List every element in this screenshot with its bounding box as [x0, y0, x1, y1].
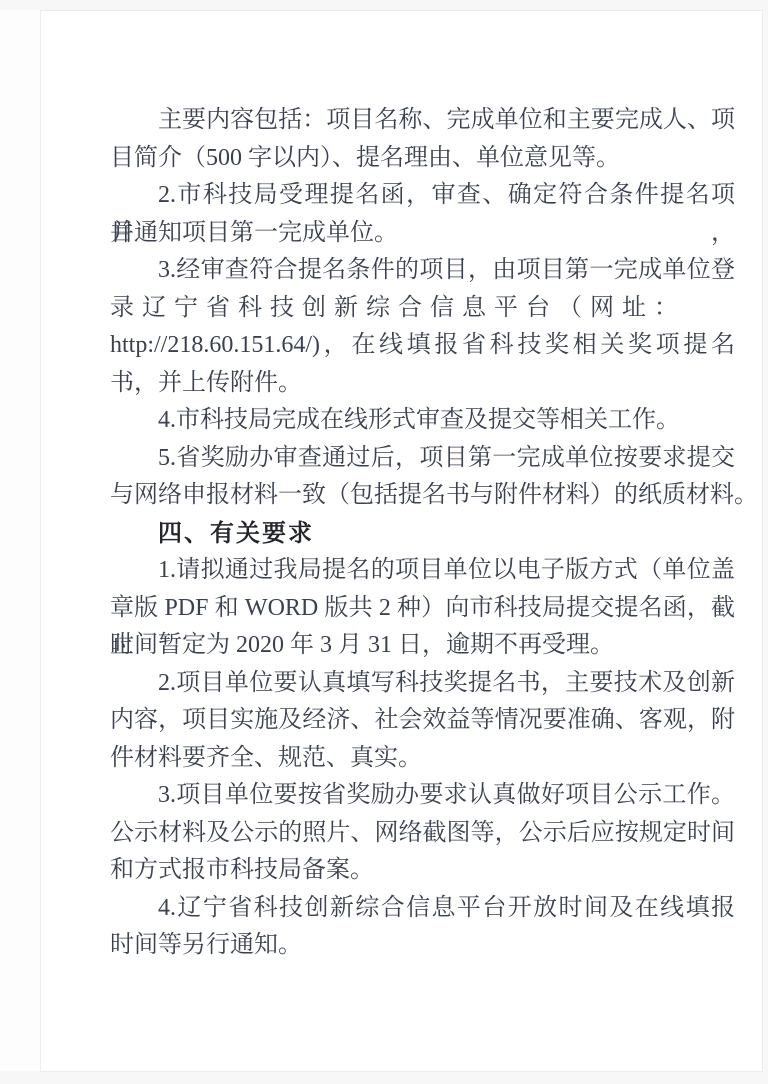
text-line: 主要内容包括：项目名称、完成单位和主要完成人、项 [110, 102, 735, 140]
text-line: 3.项目单位要按省奖励办要求认真做好项目公示工作。 [110, 777, 735, 815]
text-line: 时间等另行通知。 [110, 927, 735, 965]
text-line: 2.市科技局受理提名函，审查、确定符合条件提名项目， [110, 177, 735, 215]
text-line: 和方式报市科技局备案。 [110, 852, 735, 890]
section-heading: 四、有关要求 [110, 515, 735, 553]
text-line: 内容，项目实施及经济、社会效益等情况要准确、客观，附 [110, 702, 735, 740]
text-line: 5.省奖励办审查通过后，项目第一完成单位按要求提交 [110, 440, 735, 478]
text-line: 时间暂定为 2020 年 3 月 31 日，逾期不再受理。 [110, 627, 735, 665]
scanned-document-canvas: 主要内容包括：项目名称、完成单位和主要完成人、项目简介（500 字以内）、提名理… [0, 0, 768, 1084]
text-line: 录辽宁省科技创新综合信息平台（网址： [110, 290, 735, 328]
text-line: 4.市科技局完成在线形式审查及提交等相关工作。 [110, 402, 735, 440]
text-line: http://218.60.151.64/)，在线填报省科技奖相关奖项提名 [110, 327, 735, 365]
text-line: 3.经审查符合提名条件的项目，由项目第一完成单位登 [110, 252, 735, 290]
text-line: 章版 PDF 和 WORD 版共 2 种）向市科技局提交提名函，截止 [110, 590, 735, 628]
text-line: 书，并上传附件。 [110, 365, 735, 403]
text-block: 主要内容包括：项目名称、完成单位和主要完成人、项目简介（500 字以内）、提名理… [110, 102, 735, 965]
text-line: 2.项目单位要认真填写科技奖提名书，主要技术及创新 [110, 665, 735, 703]
text-line: 件材料要齐全、规范、真实。 [110, 740, 735, 778]
text-line: 目简介（500 字以内）、提名理由、单位意见等。 [110, 140, 735, 178]
text-line: 1.请拟通过我局提名的项目单位以电子版方式（单位盖 [110, 552, 735, 590]
text-line: 公示材料及公示的照片、网络截图等，公示后应按规定时间 [110, 815, 735, 853]
scan-margin-strip [0, 10, 40, 1071]
text-line: 4.辽宁省科技创新综合信息平台开放时间及在线填报 [110, 890, 735, 928]
text-line: 与网络申报材料一致（包括提名书与附件材料）的纸质材料。 [110, 477, 735, 515]
document-page: 主要内容包括：项目名称、完成单位和主要完成人、项目简介（500 字以内）、提名理… [40, 10, 763, 1072]
